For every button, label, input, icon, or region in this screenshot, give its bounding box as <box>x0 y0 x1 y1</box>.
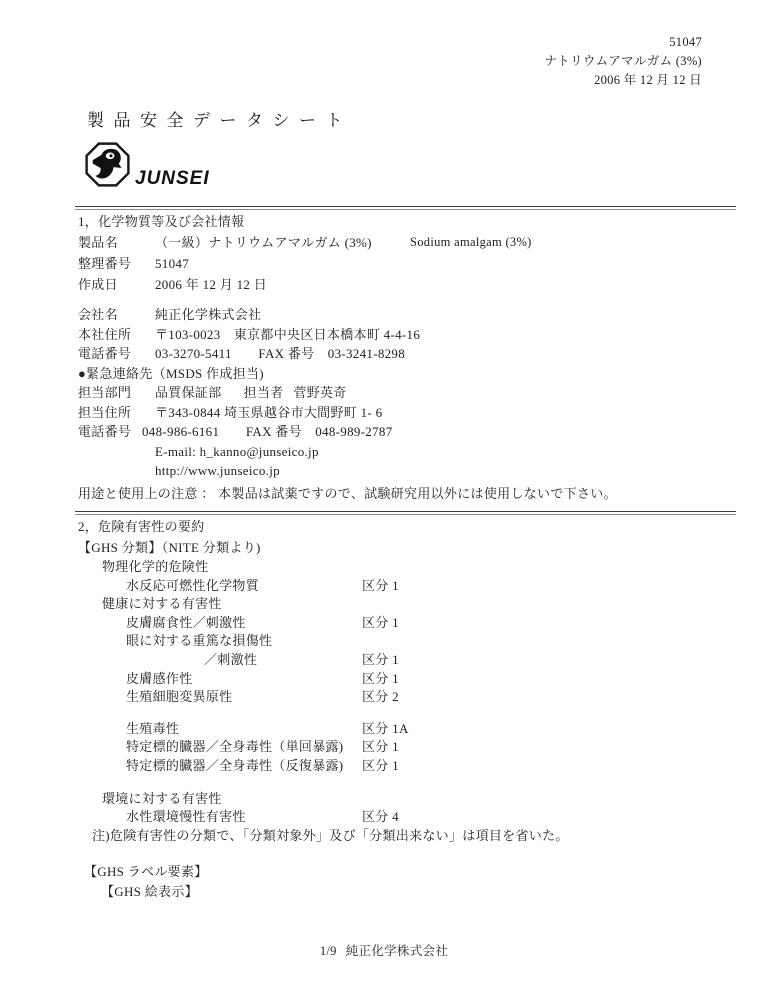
hazard-label: 特定標的臓器／全身毒性（単回暴露) <box>126 739 343 754</box>
hazard-category: 区分 2 <box>362 688 399 707</box>
section-1-company-info: 1，化学物質等及び会社情報 製品名（一級）ナトリウムアマルガム (3%) Sod… <box>78 211 738 481</box>
section-1-heading: 1，化学物質等及び会社情報 <box>78 211 738 232</box>
hazard-row: 特定標的臓器／全身毒性（反復暴露) 区分 1 <box>0 757 768 776</box>
field-label: 本社住所 <box>78 325 155 345</box>
hazard-group-label: 健康に対する有害性 <box>102 596 222 611</box>
field-value-en: Sodium amalgam (3%) <box>410 232 532 253</box>
section-divider <box>75 206 736 210</box>
field-row-contact-phone-fax: 電話番号048-986-6161 FAX 番号 048-989-2787 <box>78 422 738 442</box>
field-label-person: 担当者 <box>244 385 284 400</box>
usage-note: 用途と使用上の注意 ： 本製品は試薬ですので、試験研究用以外には使用しないで下さ… <box>78 484 617 503</box>
hazard-category: 区分 1 <box>362 651 399 670</box>
section-divider <box>75 511 736 515</box>
field-row-contact-address: 担当住所〒343-0844 埼玉県越谷市大間野町 1- 6 <box>78 403 738 423</box>
field-row-company-name: 会社名純正化学株式会社 <box>78 305 738 325</box>
hazard-category: 区分 4 <box>362 808 399 827</box>
hazard-row: 生殖細胞変異原性 区分 2 <box>0 688 768 707</box>
email-value: E-mail: h_kanno@junseico.jp <box>155 444 319 459</box>
hazard-label: ／刺激性 <box>204 652 257 667</box>
hazard-label: 生殖細胞変異原性 <box>126 689 232 704</box>
hazard-row: 水性環境慢性有害性 区分 4 <box>0 808 768 827</box>
field-label: 担当部門 <box>78 383 155 403</box>
field-label: 整理番号 <box>78 253 155 274</box>
hazard-label: 水反応可燃性化学物質 <box>126 578 259 593</box>
field-row-creation-date: 作成日2006 年 12 月 12 日 <box>78 274 738 295</box>
ghs-classification-heading: 【GHS 分類】（NITE 分類より) <box>0 537 768 558</box>
field-value: （一級）ナトリウムアマルガム (3%) <box>155 235 372 250</box>
field-row-email: E-mail: h_kanno@junseico.jp <box>78 442 738 462</box>
field-row-website: http://www.junseico.jp <box>78 461 738 481</box>
document-date: 2006 年 12 月 12 日 <box>545 71 703 90</box>
hazard-row: 水反応可燃性化学物質 区分 1 <box>0 577 768 596</box>
website-value: http://www.junseico.jp <box>155 463 280 478</box>
page-number: 1/9 <box>320 944 337 958</box>
hazard-label: 水性環境慢性有害性 <box>126 809 246 824</box>
junsei-bird-octagon-icon <box>84 141 131 192</box>
field-value: 純正化学株式会社 <box>155 307 261 322</box>
emergency-contact-heading: ●緊急連絡先（MSDS 作成担当) <box>78 364 738 384</box>
hazard-label: 特定標的臓器／全身毒性（反復暴露) <box>126 758 343 773</box>
hazard-group-label: 環境に対する有害性 <box>102 791 222 806</box>
field-label: 作成日 <box>78 274 155 295</box>
field-label: 会社名 <box>78 305 155 325</box>
hazard-row: 生殖毒性 区分 1A <box>0 720 768 739</box>
ghs-label-elements-heading: 【GHS ラベル要素】 <box>0 862 768 882</box>
hazard-category: 区分 1 <box>362 757 399 776</box>
field-row-department: 担当部門品質保証部担当者菅野英奇 <box>78 383 738 403</box>
hazard-group-physical: 物理化学的危険性 <box>0 558 768 577</box>
product-code: 51047 <box>545 33 703 52</box>
hazard-row: 皮膚感作性 区分 1 <box>0 670 768 689</box>
product-name-header: ナトリウムアマルガム (3%) <box>545 52 703 71</box>
spacer <box>78 295 738 305</box>
section-2-hazard-summary: 2，危険有害性の要約 【GHS 分類】（NITE 分類より) 物理化学的危険性 … <box>0 516 768 901</box>
ghs-pictogram-heading: 【GHS 絵表示】 <box>0 882 768 902</box>
field-label: 電話番号 <box>78 344 155 364</box>
junsei-wordmark: JUNSEI <box>135 168 210 190</box>
field-row-phone-fax: 電話番号03-3270-5411 FAX 番号 03-3241-8298 <box>78 344 738 364</box>
field-value: 〒103-0023 東京都中央区日本橋本町 4-4-16 <box>155 327 420 342</box>
field-value: 〒343-0844 埼玉県越谷市大間野町 1- 6 <box>155 405 382 420</box>
section-2-heading: 2，危険有害性の要約 <box>0 516 768 537</box>
hazard-label: 眼に対する重篤な損傷性 <box>126 633 272 648</box>
field-label: 製品名 <box>78 232 155 253</box>
field-value: 51047 <box>155 256 189 271</box>
hazard-category: 区分 1 <box>362 614 399 633</box>
hazard-category: 区分 1 <box>362 670 399 689</box>
junsei-logo: JUNSEI <box>84 141 210 192</box>
field-label: 担当住所 <box>78 403 155 423</box>
hazard-label: 生殖毒性 <box>126 721 179 736</box>
hazard-category: 区分 1 <box>362 738 399 757</box>
field-value: 品質保証部 <box>155 385 222 400</box>
field-row-reference-number: 整理番号51047 <box>78 253 738 274</box>
hazard-row: 眼に対する重篤な損傷性 <box>0 632 768 651</box>
hazard-group-health: 健康に対する有害性 <box>0 595 768 614</box>
classification-note: 注)危険有害性の分類で、「分類対象外」及び「分類出来ない」は項目を省いた。 <box>0 827 768 846</box>
hazard-label: 皮膚腐食性／刺激性 <box>126 615 246 630</box>
field-value: 048-986-6161 FAX 番号 048-989-2787 <box>142 424 393 439</box>
hazard-category: 区分 1 <box>362 577 399 596</box>
page-footer: 1/9純正化学株式会社 <box>0 941 768 959</box>
hazard-label: 皮膚感作性 <box>126 671 193 686</box>
hazard-row: 特定標的臓器／全身毒性（単回暴露) 区分 1 <box>0 738 768 757</box>
hazard-group-environment: 環境に対する有害性 <box>0 790 768 809</box>
header-meta: 51047 ナトリウムアマルガム (3%) 2006 年 12 月 12 日 <box>545 33 703 90</box>
page-title: 製品安全データシート <box>87 106 352 131</box>
hazard-row-continuation: ／刺激性 区分 1 <box>0 651 768 670</box>
spacer <box>0 776 768 790</box>
field-label: 電話番号 <box>78 422 142 442</box>
hazard-category: 区分 1A <box>362 720 409 739</box>
field-row-head-office-address: 本社住所〒103-0023 東京都中央区日本橋本町 4-4-16 <box>78 325 738 345</box>
hazard-row: 皮膚腐食性／刺激性 区分 1 <box>0 614 768 633</box>
field-value: 03-3270-5411 FAX 番号 03-3241-8298 <box>155 346 405 361</box>
footer-company: 純正化学株式会社 <box>346 944 448 958</box>
field-row-product-name: 製品名（一級）ナトリウムアマルガム (3%) Sodium amalgam (3… <box>78 232 738 253</box>
field-value: 2006 年 12 月 12 日 <box>155 277 267 292</box>
field-value-person: 菅野英奇 <box>293 385 346 400</box>
hazard-group-label: 物理化学的危険性 <box>102 559 208 574</box>
spacer <box>0 707 768 720</box>
